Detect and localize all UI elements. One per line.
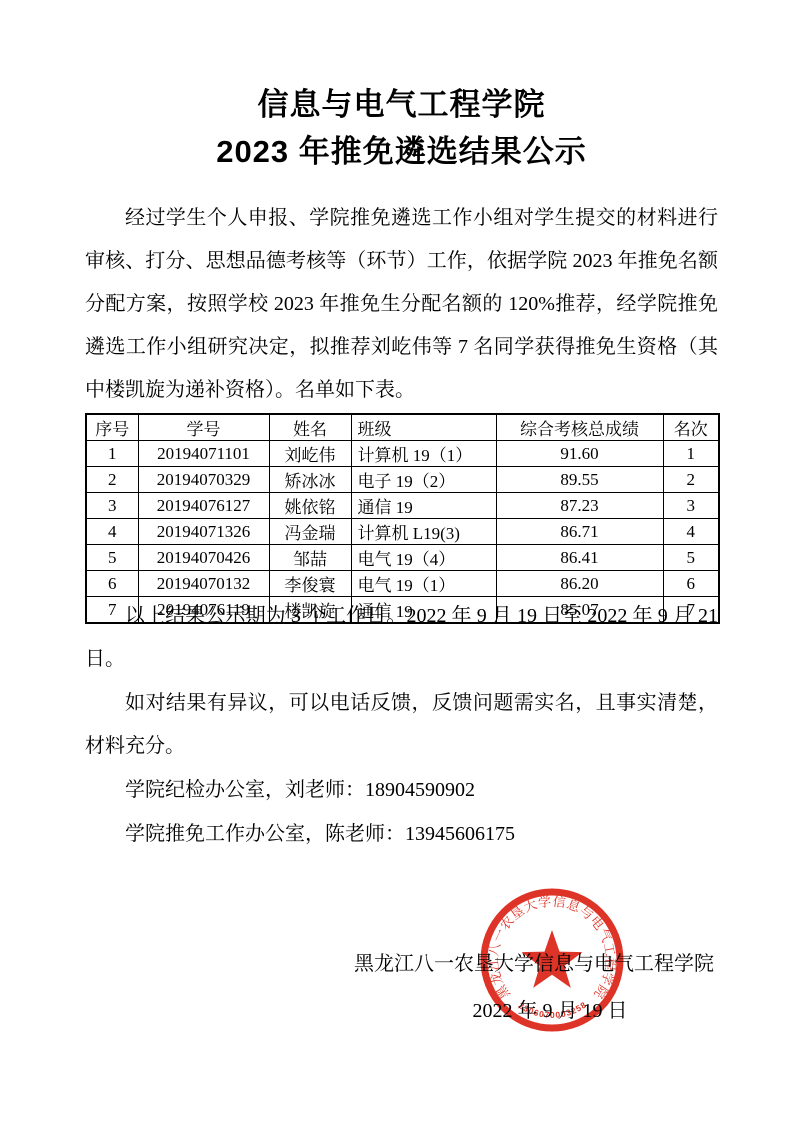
cell-score: 89.55 (496, 467, 663, 493)
table-row: 3 20194076127 姚依铭 通信 19 87.23 3 (86, 493, 719, 519)
table-header-row: 序号 学号 姓名 班级 综合考核总成绩 名次 (86, 414, 719, 441)
cell-rank: 4 (663, 519, 719, 545)
contact-tuimian-office: 学院推免工作办公室，陈老师：13945606175 (85, 813, 718, 856)
page-title-line1: 信息与电气工程学院 (0, 86, 803, 124)
page-title-line2: 2023 年推免遴选结果公示 (0, 133, 803, 171)
cell-score: 87.23 (496, 493, 663, 519)
paragraph-publicity-period: 以上结果公示期为 3 个工作日。2022 年 9 月 19 日至 2022 年 … (85, 595, 718, 681)
seal-star-icon (522, 930, 583, 988)
cell-class: 通信 19 (351, 493, 496, 519)
cell-name: 矫冰冰 (269, 467, 351, 493)
cell-seq: 1 (86, 441, 138, 467)
cell-score: 91.60 (496, 441, 663, 467)
document-page: 信息与电气工程学院 2023 年推免遴选结果公示 经过学生个人申报、学院推免遴选… (0, 0, 803, 1148)
cell-name: 李俊寰 (269, 571, 351, 597)
paragraph-intro: 经过学生个人申报、学院推免遴选工作小组对学生提交的材料进行审核、打分、思想品德考… (85, 197, 718, 412)
cell-name: 邹喆 (269, 545, 351, 571)
cell-class: 计算机 L19(3) (351, 519, 496, 545)
cell-rank: 5 (663, 545, 719, 571)
cell-name: 冯金瑞 (269, 519, 351, 545)
table-row: 6 20194070132 李俊寰 电气 19（1） 86.20 6 (86, 571, 719, 597)
official-seal: 黑龙江八一农垦大学信息与电气工程学院 2306070003258 (472, 880, 632, 1040)
cell-student-id: 20194071326 (138, 519, 269, 545)
table-row: 1 20194071101 刘屹伟 计算机 19（1） 91.60 1 (86, 441, 719, 467)
cell-rank: 6 (663, 571, 719, 597)
header-score: 综合考核总成绩 (496, 414, 663, 441)
cell-rank: 3 (663, 493, 719, 519)
cell-seq: 3 (86, 493, 138, 519)
table-row: 2 20194070329 矫冰冰 电子 19（2） 89.55 2 (86, 467, 719, 493)
cell-class: 电气 19（4） (351, 545, 496, 571)
table-row: 4 20194071326 冯金瑞 计算机 L19(3) 86.71 4 (86, 519, 719, 545)
results-table: 序号 学号 姓名 班级 综合考核总成绩 名次 1 20194071101 刘屹伟… (85, 413, 720, 624)
cell-class: 计算机 19（1） (351, 441, 496, 467)
cell-student-id: 20194076127 (138, 493, 269, 519)
cell-seq: 5 (86, 545, 138, 571)
cell-score: 86.71 (496, 519, 663, 545)
header-rank: 名次 (663, 414, 719, 441)
cell-seq: 6 (86, 571, 138, 597)
cell-student-id: 20194070329 (138, 467, 269, 493)
table-row: 5 20194070426 邹喆 电气 19（4） 86.41 5 (86, 545, 719, 571)
header-class: 班级 (351, 414, 496, 441)
cell-class: 电子 19（2） (351, 467, 496, 493)
cell-score: 86.41 (496, 545, 663, 571)
paragraph-objection: 如对结果有异议，可以电话反馈，反馈问题需实名，且事实清楚，材料充分。 (85, 682, 718, 768)
cell-rank: 2 (663, 467, 719, 493)
cell-class: 电气 19（1） (351, 571, 496, 597)
cell-seq: 2 (86, 467, 138, 493)
cell-name: 刘屹伟 (269, 441, 351, 467)
header-student-id: 学号 (138, 414, 269, 441)
cell-seq: 4 (86, 519, 138, 545)
cell-student-id: 20194071101 (138, 441, 269, 467)
cell-rank: 1 (663, 441, 719, 467)
cell-student-id: 20194070132 (138, 571, 269, 597)
header-seq: 序号 (86, 414, 138, 441)
header-name: 姓名 (269, 414, 351, 441)
contact-discipline-office: 学院纪检办公室，刘老师：18904590902 (85, 769, 718, 812)
cell-name: 姚依铭 (269, 493, 351, 519)
svg-text:2306070003258: 2306070003258 (517, 999, 589, 1020)
seal-code: 2306070003258 (517, 999, 589, 1020)
cell-score: 86.20 (496, 571, 663, 597)
cell-student-id: 20194070426 (138, 545, 269, 571)
